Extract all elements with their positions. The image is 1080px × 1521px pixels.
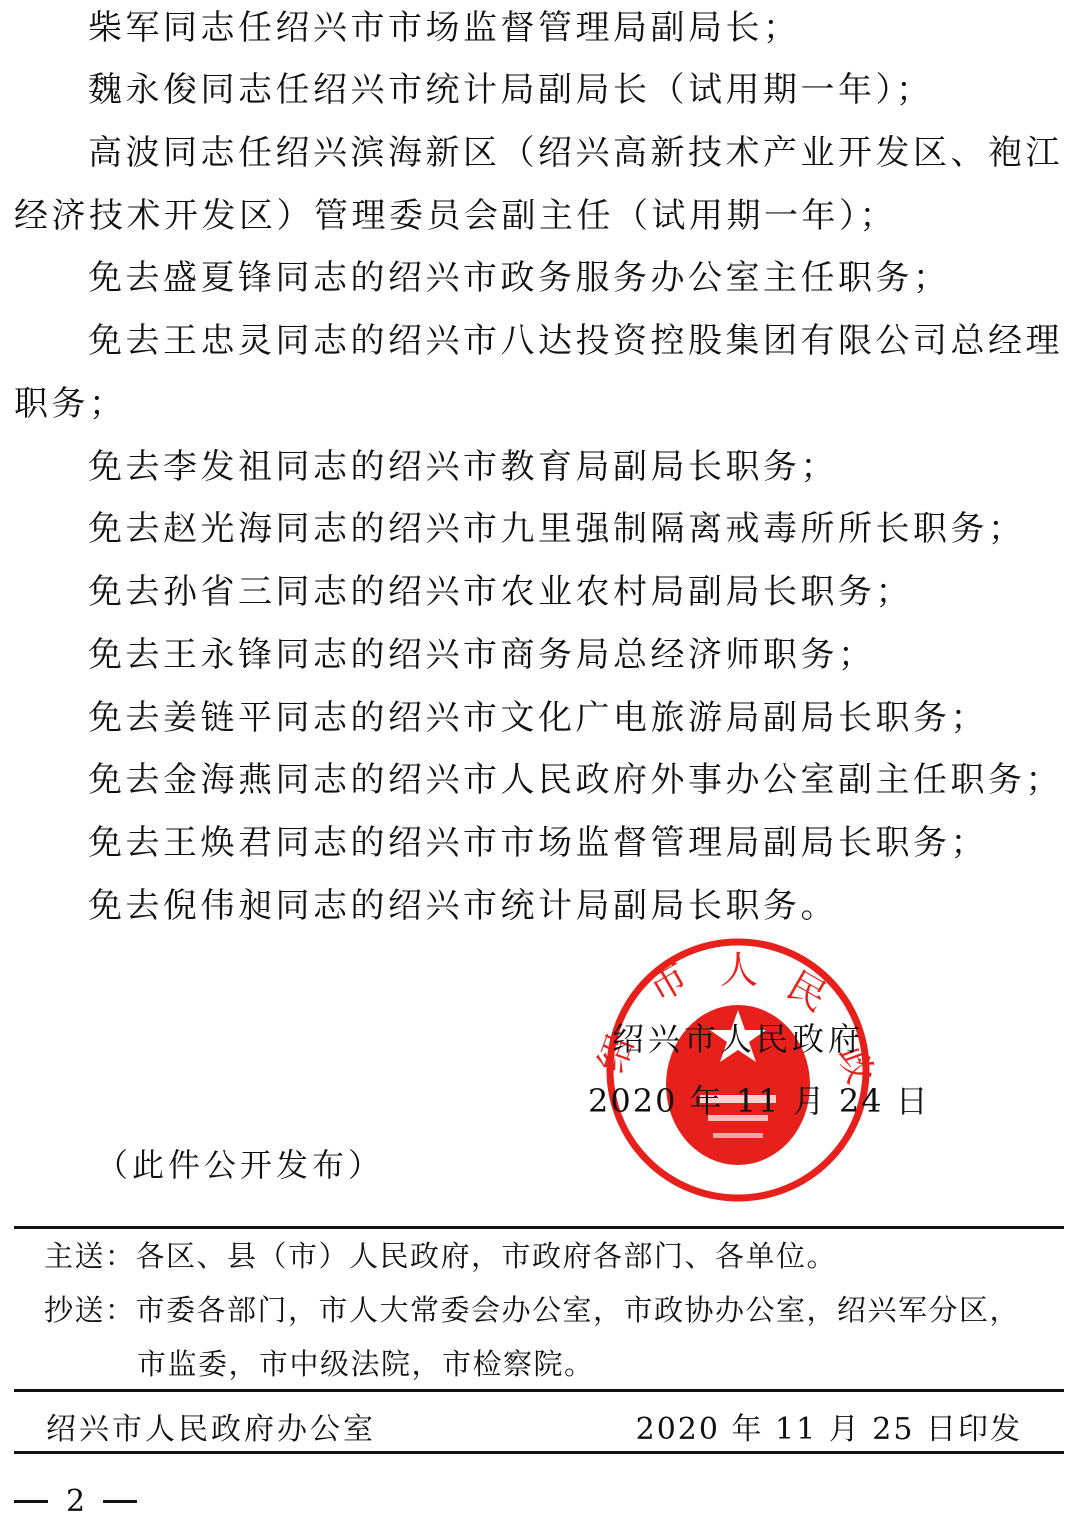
dash-right xyxy=(103,1500,137,1503)
divider-top xyxy=(14,1226,1064,1229)
cc-recipients: 抄送：市委各部门，市人大常委会办公室，市政协办公室，绍兴军分区， xyxy=(44,1292,1020,1328)
body-line: 免去金海燕同志的绍兴市人民政府外事办公室副主任职务； xyxy=(88,760,1063,800)
cc-recipients-label: 抄送： xyxy=(44,1293,136,1327)
page-number-value: 2 xyxy=(66,1484,85,1519)
cc-recipients-line1: 市委各部门，市人大常委会办公室，市政协办公室，绍兴军分区， xyxy=(136,1293,1021,1327)
public-release-note: （此件公开发布） xyxy=(96,1145,384,1185)
main-recipients-label: 主送： xyxy=(44,1239,136,1273)
body-line: 免去王忠灵同志的绍兴市八达投资控股集团有限公司总经理 xyxy=(88,321,1063,361)
body-line: 免去王永锋同志的绍兴市商务局总经济师职务； xyxy=(88,635,876,675)
cc-recipients-line2: 市监委，市中级法院，市检察院。 xyxy=(137,1346,595,1382)
body-line: 魏永俊同志任绍兴市统计局副局长（试用期一年）； xyxy=(88,70,934,110)
body-line: 高波同志任绍兴滨海新区（绍兴高新技术产业开发区、袍江 xyxy=(88,133,1063,173)
issuing-office: 绍兴市人民政府办公室 xyxy=(46,1404,376,1448)
svg-text:人: 人 xyxy=(720,948,758,992)
body-line: 经济技术开发区）管理委员会副主任（试用期一年）； xyxy=(14,196,897,236)
signing-date: 2020 年 11 月 24 日 xyxy=(588,1082,930,1120)
issue-date: 2020 年 11 月 25 日印发 xyxy=(636,1404,1022,1448)
dash-left xyxy=(14,1500,48,1503)
main-recipients-text: 各区、县（市）人民政府，市政府各部门、各单位。 xyxy=(136,1239,838,1273)
body-line: 免去倪伟昶同志的绍兴市统计局副局长职务。 xyxy=(88,886,838,926)
official-seal-icon: 市 人 民 绍 政 xyxy=(588,935,888,1205)
body-line: 免去赵光海同志的绍兴市九里强制隔离戒毒所所长职务； xyxy=(88,509,1026,549)
body-line: 柴军同志任绍兴市市场监督管理局副局长； xyxy=(88,8,801,48)
main-recipients: 主送：各区、县（市）人民政府，市政府各部门、各单位。 xyxy=(44,1238,837,1274)
divider-middle xyxy=(14,1389,1064,1392)
body-line: 免去盛夏锋同志的绍兴市政务服务办公室主任职务； xyxy=(88,258,951,298)
svg-text:民: 民 xyxy=(780,963,835,1020)
body-line: 免去李发祖同志的绍兴市教育局副局长职务； xyxy=(88,447,838,487)
divider-bottom xyxy=(14,1451,1064,1454)
body-line: 职务； xyxy=(14,384,127,424)
svg-text:市: 市 xyxy=(641,954,696,1011)
signing-organization: 绍兴市人民政府 xyxy=(612,1020,864,1058)
body-line: 免去王焕君同志的绍兴市市场监督管理局副局长职务； xyxy=(88,823,988,863)
body-line: 免去姜链平同志的绍兴市文化广电旅游局副局长职务； xyxy=(88,698,988,738)
body-line: 免去孙省三同志的绍兴市农业农村局副局长职务； xyxy=(88,572,913,612)
page-number: 2 xyxy=(14,1484,137,1519)
